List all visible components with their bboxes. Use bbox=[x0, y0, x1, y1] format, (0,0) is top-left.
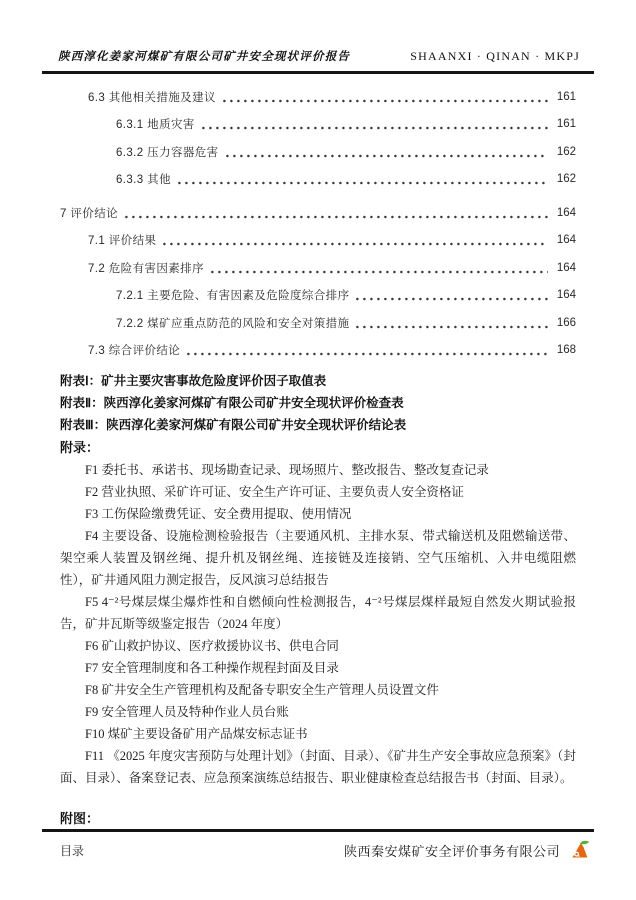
toc-entry-page: 162 bbox=[552, 146, 576, 158]
toc-leader-dots bbox=[356, 325, 548, 329]
appendix-item: F2 营业执照、采矿许可证、安全生产许可证、主要负责人安全资格证 bbox=[60, 481, 576, 503]
toc-entry-page: 166 bbox=[552, 317, 576, 329]
toc-entry-label: 7.1 评价结果 bbox=[88, 232, 156, 248]
toc-entry-label: 6.3 其他相关措施及建议 bbox=[88, 89, 216, 105]
attachment-tables: 附表Ⅰ：矿井主要灾害事故危险度评价因子取值表 附表Ⅱ：陕西淳化姜家河煤矿有限公司… bbox=[60, 370, 576, 436]
appendix-item: F9 安全管理人员及特种作业人员台账 bbox=[60, 701, 576, 723]
appendix-item: F7 安全管理制度和各工种操作规程封面及目录 bbox=[60, 657, 576, 679]
toc-list: 6.3 其他相关措施及建议 161 6.3.1 地质灾害 161 6.3.2 压… bbox=[42, 74, 594, 364]
footer-company-name: 陕西秦安煤矿安全评价事务有限公司 bbox=[344, 841, 560, 860]
toc-entry-label: 7.2.2 煤矿应重点防范的风险和安全对策措施 bbox=[116, 315, 349, 331]
toc-entry-label: 7.2.1 主要危险、有害因素及危险度综合排序 bbox=[116, 287, 349, 303]
toc-leader-dots bbox=[211, 270, 548, 274]
toc-entry[interactable]: 6.3 其他相关措施及建议 161 bbox=[60, 83, 576, 111]
toc-entry[interactable]: 7.2.2 煤矿应重点防范的风险和安全对策措施 166 bbox=[60, 309, 576, 337]
toc-leader-dots bbox=[125, 215, 548, 219]
appendix-item: F3 工伤保险缴费凭证、安全费用提取、使用情况 bbox=[60, 503, 576, 525]
toc-entry[interactable]: 7.2 危险有害因素排序 164 bbox=[60, 254, 576, 282]
toc-entry[interactable]: 7.3 综合评价结论 168 bbox=[60, 337, 576, 365]
toc-entry-page: 162 bbox=[552, 173, 576, 185]
attachment-table-label: 附表Ⅲ：陕西淳化姜家河煤矿有限公司矿井安全现状评价结论表 bbox=[60, 414, 576, 436]
toc-leader-dots bbox=[223, 99, 548, 103]
toc-entry-page: 164 bbox=[552, 234, 576, 246]
toc-entry-page: 164 bbox=[552, 262, 576, 274]
toc-leader-dots bbox=[187, 352, 548, 356]
attachment-table-label: 附表Ⅱ：陕西淳化姜家河煤矿有限公司矿井安全现状评价检查表 bbox=[60, 392, 576, 414]
toc-entry-page: 164 bbox=[552, 289, 576, 301]
appendix-heading: 附录： bbox=[60, 436, 576, 459]
appendix-list: F1 委托书、承诺书、现场勘查记录、现场照片、整改报告、整改复查记录 F2 营业… bbox=[60, 459, 576, 789]
document-page: 陕西淳化姜家河煤矿有限公司矿井安全现状评价报告 SHAANXI · QINAN … bbox=[0, 0, 636, 900]
toc-entry-label: 6.3.3 其他 bbox=[116, 171, 171, 187]
toc-leader-dots bbox=[202, 126, 548, 130]
company-logo-icon bbox=[569, 839, 590, 861]
toc-entry-label: 7.3 综合评价结论 bbox=[88, 342, 180, 358]
header-code: SHAANXI · QINAN · MKPJ bbox=[410, 49, 580, 64]
page-footer: 目录 陕西秦安煤矿安全评价事务有限公司 bbox=[42, 829, 594, 861]
toc-entry-label: 7.2 危险有害因素排序 bbox=[88, 260, 204, 276]
toc-entry-label: 6.3.2 压力容器危害 bbox=[116, 144, 219, 160]
appendix-item: F5 4⁻²号煤层煤尘爆炸性和自燃倾向性检测报告，4⁻²号煤层煤样最短自然发火期… bbox=[60, 591, 576, 635]
page-header: 陕西淳化姜家河煤矿有限公司矿井安全现状评价报告 SHAANXI · QINAN … bbox=[42, 0, 594, 74]
attachments-section: 附表Ⅰ：矿井主要灾害事故危险度评价因子取值表 附表Ⅱ：陕西淳化姜家河煤矿有限公司… bbox=[42, 364, 594, 830]
toc-entry-page: 168 bbox=[552, 344, 576, 356]
toc-entry-page: 161 bbox=[552, 91, 576, 103]
toc-leader-dots bbox=[163, 242, 548, 246]
toc-entry[interactable]: 7.1 评价结果 164 bbox=[60, 227, 576, 255]
footer-section-label: 目录 bbox=[60, 842, 84, 859]
figures-heading: 附图： bbox=[60, 807, 576, 830]
appendix-item: F11 《2025 年度灾害预防与处理计划》（封面、目录）、《矿井生产安全事故应… bbox=[60, 745, 576, 789]
toc-entry-label: 6.3.1 地质灾害 bbox=[116, 116, 195, 132]
appendix-item: F8 矿井安全生产管理机构及配备专职安全生产管理人员设置文件 bbox=[60, 679, 576, 701]
toc-entry-page: 161 bbox=[552, 118, 576, 130]
toc-entry-page: 164 bbox=[552, 207, 576, 219]
toc-entry[interactable]: 6.3.2 压力容器危害 162 bbox=[60, 138, 576, 166]
toc-entry[interactable]: 6.3.3 其他 162 bbox=[60, 166, 576, 194]
toc-entry[interactable]: 7 评价结论 164 bbox=[60, 199, 576, 227]
attachment-table-label: 附表Ⅰ：矿井主要灾害事故危险度评价因子取值表 bbox=[60, 370, 576, 392]
appendix-item: F4 主要设备、设施检测检验报告（主要通风机、主排水泵、带式输送机及阻燃输送带、… bbox=[60, 525, 576, 591]
appendix-item: F6 矿山救护协议、医疗救援协议书、供电合同 bbox=[60, 635, 576, 657]
toc-entry[interactable]: 6.3.1 地质灾害 161 bbox=[60, 111, 576, 139]
report-title: 陕西淳化姜家河煤矿有限公司矿井安全现状评价报告 bbox=[58, 48, 350, 64]
toc-leader-dots bbox=[356, 297, 548, 301]
toc-leader-dots bbox=[178, 181, 548, 185]
toc-entry[interactable]: 7.2.1 主要危险、有害因素及危险度综合排序 164 bbox=[60, 282, 576, 310]
toc-leader-dots bbox=[226, 154, 548, 158]
appendix-item: F1 委托书、承诺书、现场勘查记录、现场照片、整改报告、整改复查记录 bbox=[60, 459, 576, 481]
toc-entry-label: 7 评价结论 bbox=[60, 205, 118, 221]
appendix-item: F10 煤矿主要设备矿用产品煤安标志证书 bbox=[60, 723, 576, 745]
